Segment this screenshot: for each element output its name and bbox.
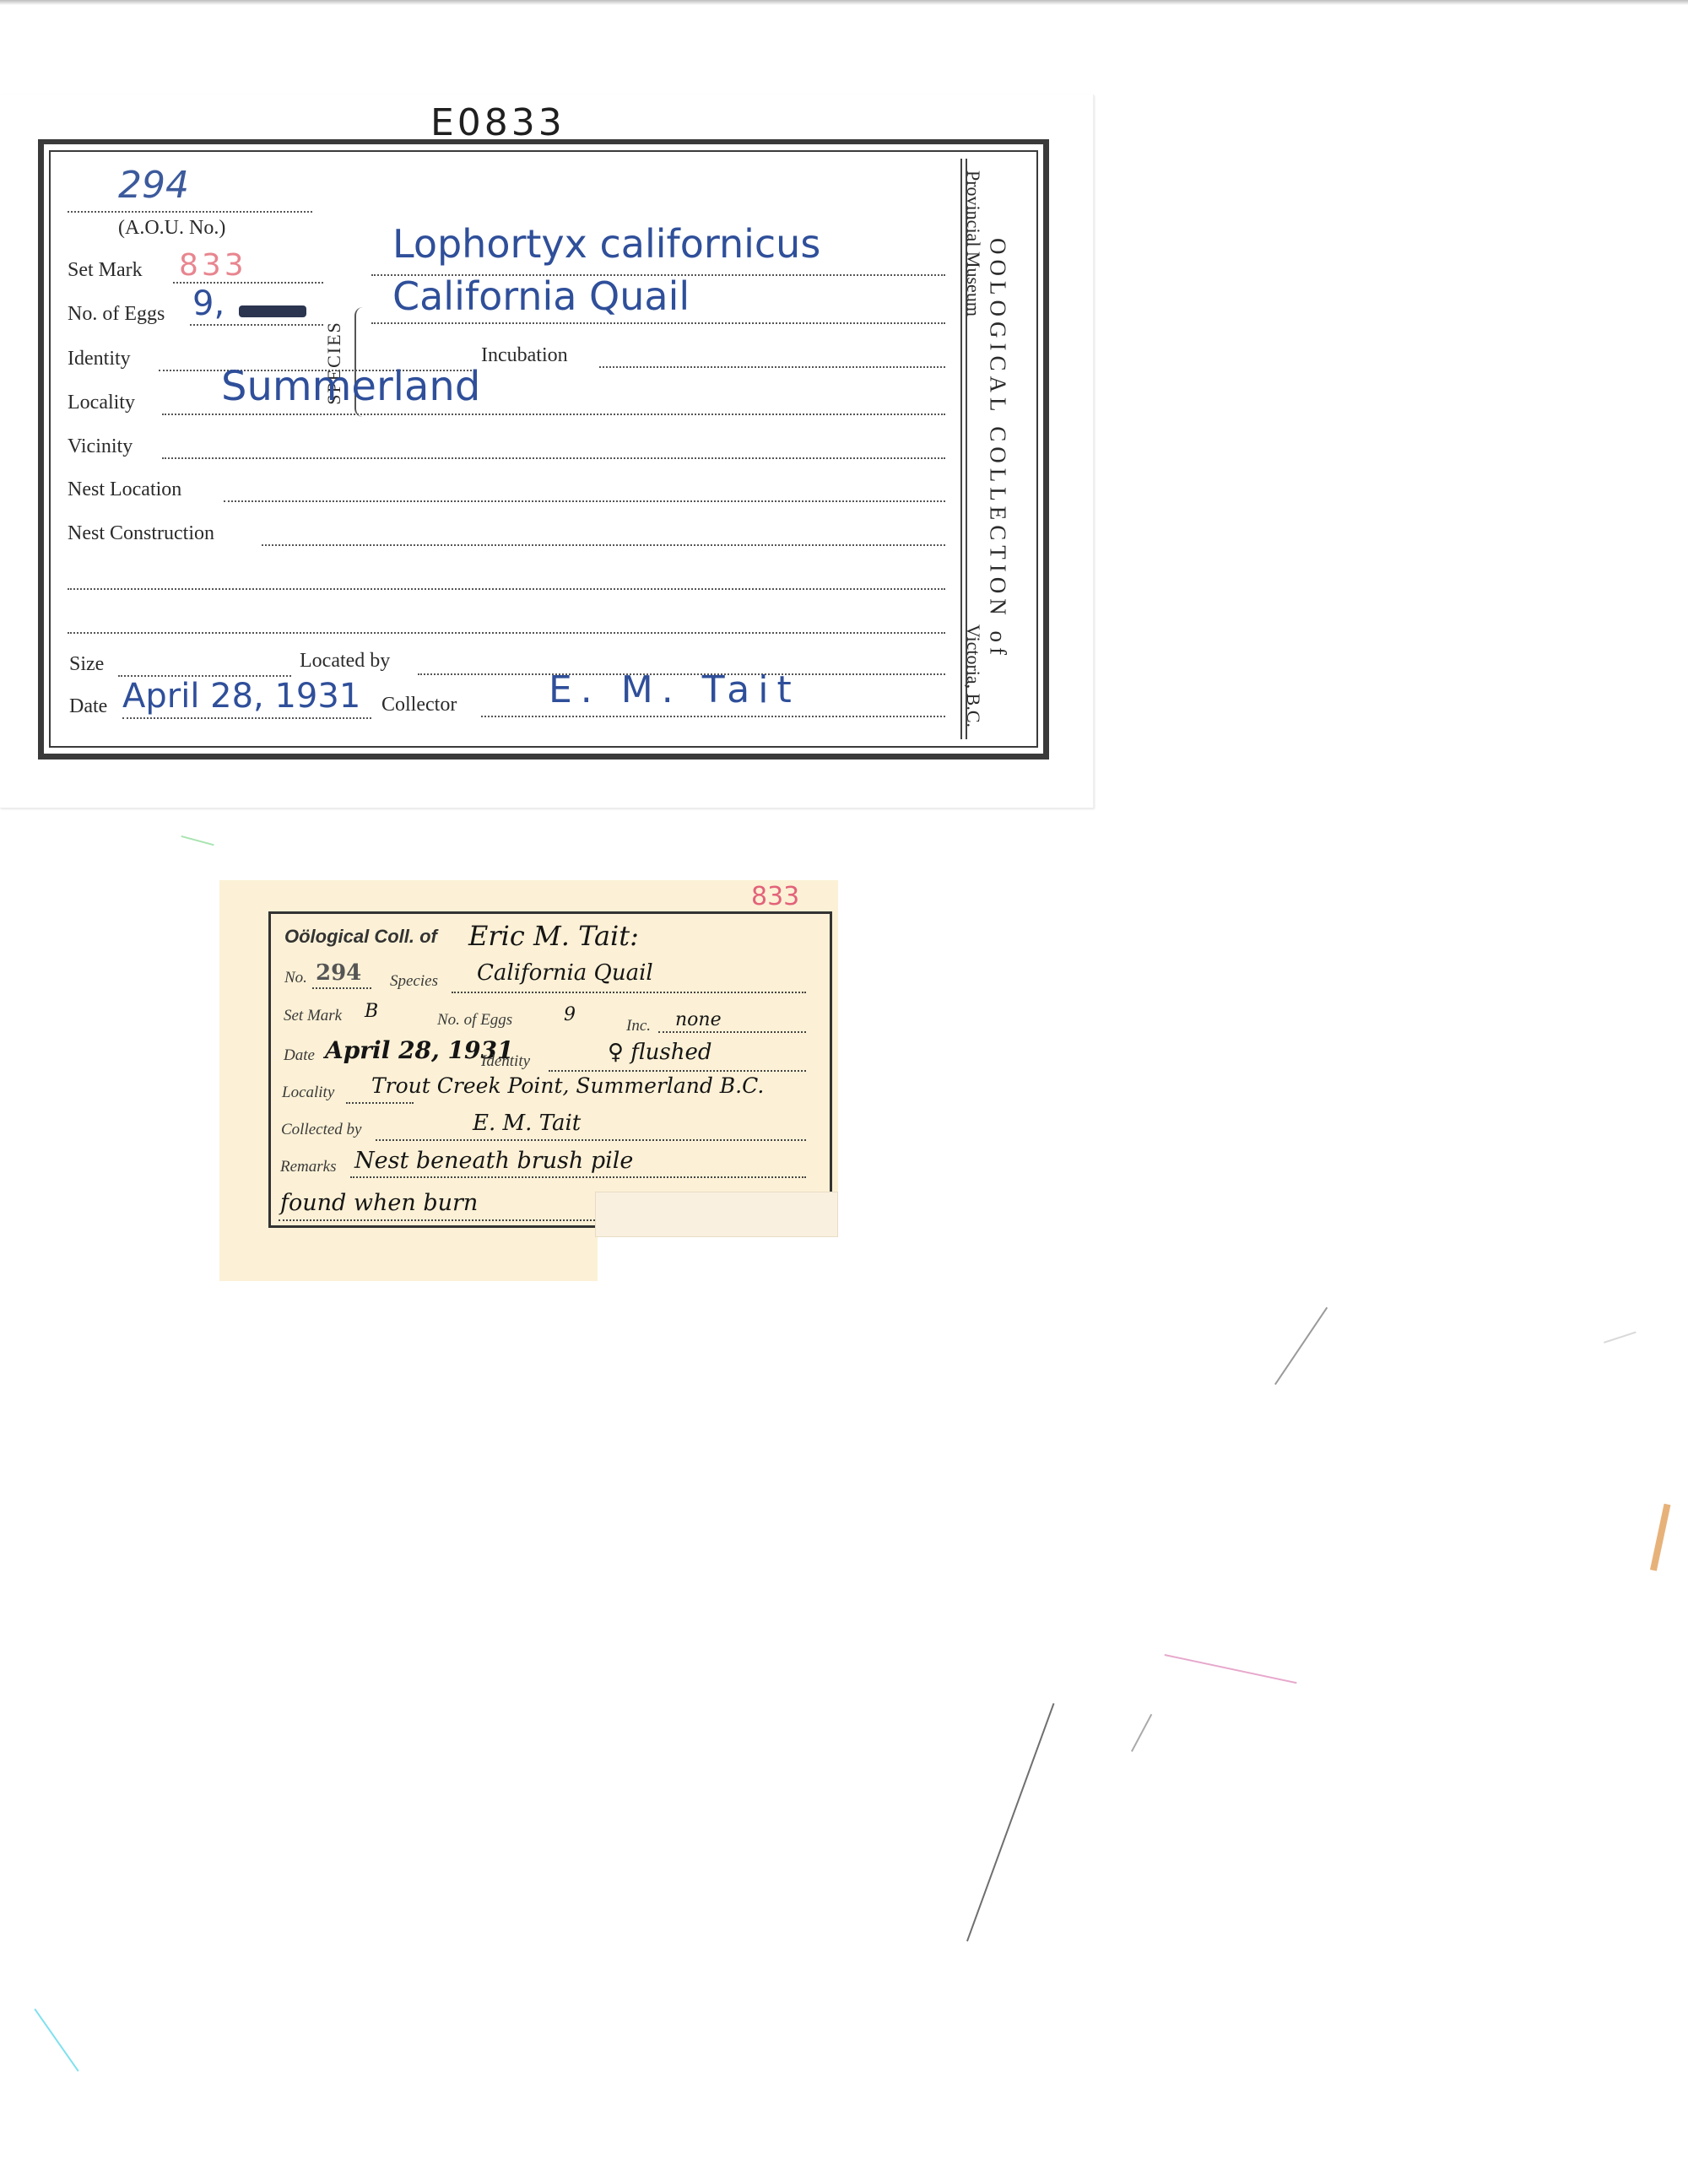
catalog-number: E0833 [430, 101, 565, 144]
vicinity-label: Vicinity [68, 435, 133, 458]
scan-mark [1604, 1332, 1637, 1343]
label-identity-label: Identity [481, 1052, 530, 1071]
locality-line [162, 414, 945, 415]
collection-subtitle: Provincial Museum Victoria, B.C. [962, 170, 984, 727]
scan-mark [34, 2008, 78, 2072]
collector-label: Collector [381, 694, 457, 716]
museum-location: Victoria, B.C. [962, 624, 984, 727]
scan-edge [0, 0, 1688, 5]
collector-value: E. M. Tait [549, 668, 800, 711]
species-scientific-name: Lophortyx californicus [392, 221, 820, 267]
label-species-label: Species [390, 972, 438, 991]
label-no-label: No. [284, 969, 307, 987]
species-line-2 [371, 322, 945, 324]
identity-label: Identity [68, 348, 131, 370]
label-collected-by-label: Collected by [281, 1121, 362, 1139]
incubation-label: Incubation [481, 344, 568, 367]
located-by-label: Located by [300, 650, 390, 673]
label-locality-line [346, 1102, 414, 1104]
scan-mark [1131, 1714, 1152, 1752]
locality-label: Locality [68, 392, 135, 414]
label-remarks-line-1 [350, 1176, 806, 1178]
eggs-line [190, 324, 323, 326]
label-remarks-text-2: found when burn [280, 1190, 478, 1216]
museum-name: Provincial Museum [962, 170, 984, 316]
label-species-value: California Quail [477, 960, 653, 986]
aou-number-value: 294 [118, 164, 189, 207]
locality-value: Summerland [221, 363, 480, 410]
eggs-label: No. of Eggs [68, 303, 165, 326]
scan-mark [181, 835, 214, 846]
collector-line [481, 716, 945, 717]
label-identity-line [549, 1070, 806, 1072]
label-species-line [452, 992, 806, 993]
label-set-mark-value: B [365, 1001, 378, 1022]
set-mark-value: 833 [179, 248, 247, 283]
label-remarks-text-1: Nest beneath brush pile [354, 1148, 633, 1174]
incubation-line [599, 366, 945, 368]
collection-title: OOLOGICAL COLLECTION of [985, 238, 1011, 660]
vicinity-line [162, 457, 945, 459]
nest-construction-label: Nest Construction [68, 522, 214, 545]
label-collected-by-value: E. M. Tait [473, 1111, 581, 1136]
label-heading: Oölogical Coll. of [284, 926, 437, 948]
label-remarks-label: Remarks [280, 1158, 336, 1176]
crossed-out-text [239, 305, 306, 317]
aou-number-label: (A.O.U. No.) [118, 217, 225, 240]
label-set-mark-label: Set Mark [284, 1007, 342, 1025]
nest-location-label: Nest Location [68, 478, 181, 501]
date-value: April 28, 1931 [122, 677, 360, 716]
museum-data-card: E0833 OOLOGICAL COLLECTION of Provincial… [0, 95, 1094, 808]
date-label: Date [69, 695, 107, 718]
label-date-label: Date [284, 1046, 315, 1065]
label-identity-value: ♀ flushed [608, 1040, 711, 1065]
species-common-name: California Quail [392, 273, 690, 319]
label-owner: Eric M. Tait: [468, 920, 639, 952]
label-lower-portion [219, 1236, 598, 1281]
aou-number-line [68, 211, 312, 213]
set-mark-label: Set Mark [68, 259, 143, 282]
blank-line [68, 588, 945, 590]
scan-mark [1165, 1654, 1297, 1684]
eggs-value: 9, [192, 284, 225, 323]
label-locality-value: Trout Creek Point, Summerland B.C. [371, 1073, 764, 1098]
scan-mark [966, 1703, 1054, 1942]
label-no-value: 294 [316, 960, 361, 986]
label-eggs-label: No. of Eggs [437, 1011, 512, 1030]
scan-mark [1650, 1504, 1670, 1571]
label-no-line [312, 987, 371, 989]
nest-construction-line [262, 544, 945, 546]
label-eggs-value: 9 [564, 1004, 576, 1025]
date-line [122, 717, 371, 719]
label-corner-mark: 833 [751, 882, 799, 911]
blank-line [68, 632, 945, 634]
label-collected-by-line [376, 1139, 806, 1141]
nest-location-line [224, 500, 945, 502]
label-locality-label: Locality [282, 1084, 334, 1102]
scan-mark [1274, 1307, 1328, 1385]
label-remarks-line-2 [279, 1219, 595, 1221]
label-inc-label: Inc. [626, 1017, 651, 1035]
size-label: Size [69, 653, 104, 676]
tape-strip [595, 1192, 838, 1237]
label-inc-line [658, 1031, 806, 1033]
label-inc-value: none [675, 1009, 722, 1030]
